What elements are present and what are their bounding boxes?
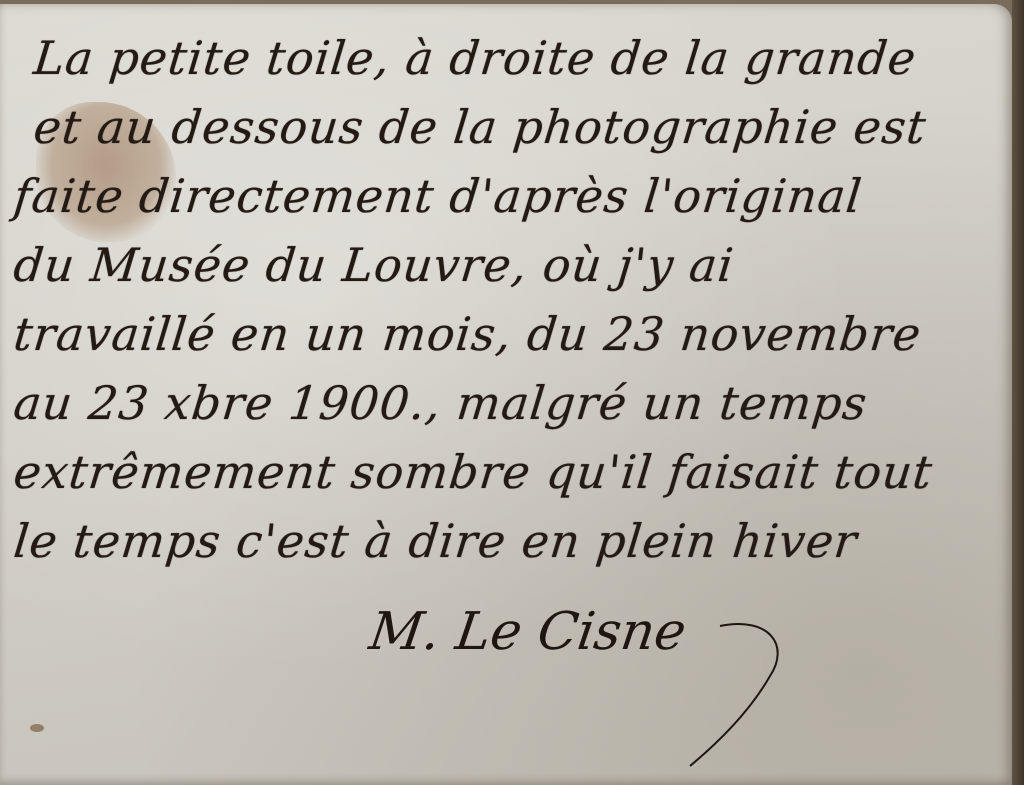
signature-flourish-icon [660, 616, 800, 776]
text-line-4: du Musée du Louvre, où j'y ai [10, 231, 1007, 300]
page-edge [1012, 0, 1024, 785]
handwritten-text: La petite toile, à droite de la grande e… [14, 24, 1004, 576]
ink-speck [30, 724, 44, 732]
paper-sheet: La petite toile, à droite de la grande e… [0, 4, 1012, 785]
text-line-3: faite directement d'après l'original [10, 162, 1007, 231]
text-line-6: au 23 xbre 1900., malgré un temps [10, 369, 1007, 438]
photo-frame: La petite toile, à droite de la grande e… [0, 0, 1024, 785]
text-line-1: La petite toile, à droite de la grande [10, 24, 1007, 93]
signature: M. Le Cisne [366, 602, 690, 662]
text-line-8: le temps c'est à dire en plein hiver [10, 507, 1007, 576]
text-line-5: travaillé en un mois, du 23 novembre [10, 300, 1007, 369]
text-line-2: et au dessous de la photographie est [10, 93, 1007, 162]
text-line-7: extrêmement sombre qu'il faisait tout [10, 438, 1007, 507]
